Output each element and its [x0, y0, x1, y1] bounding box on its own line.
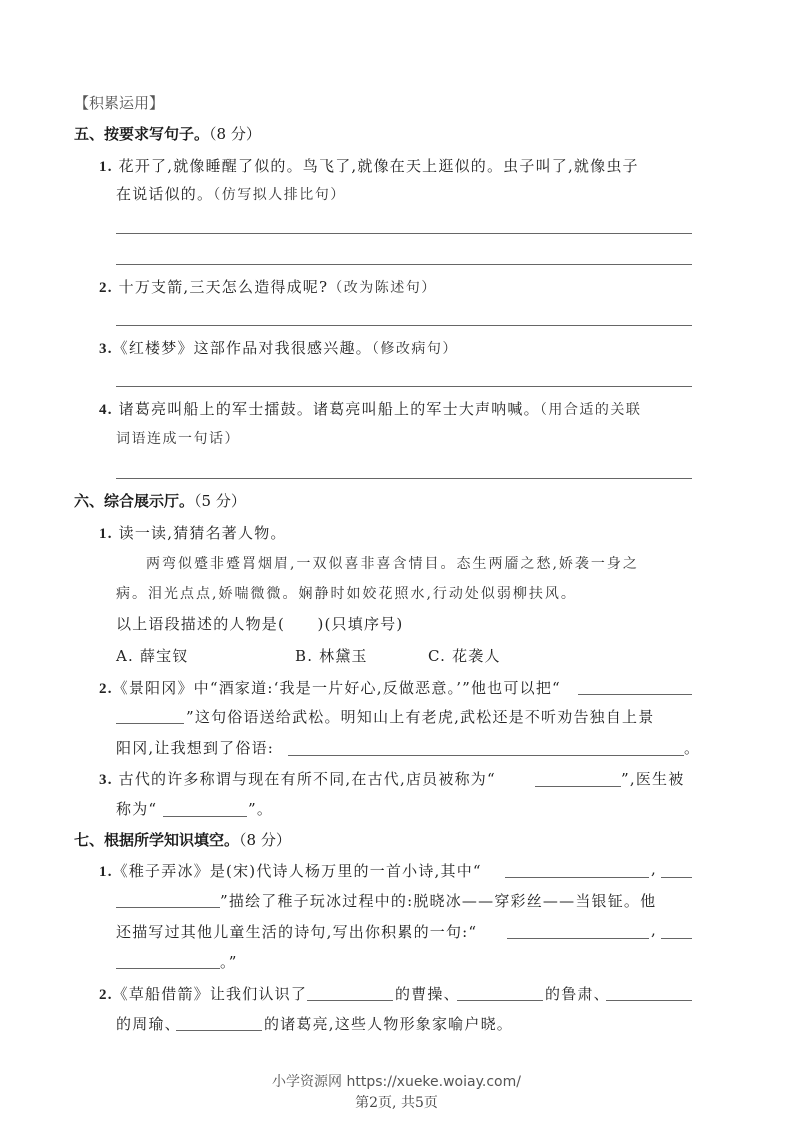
question-hint: （改为陈述句）: [328, 280, 437, 296]
option-b[interactable]: B. 林黛玉: [295, 645, 368, 666]
blank-field[interactable]: [661, 938, 692, 939]
q6-2-line3: 阳冈,让我想到了俗语:: [116, 737, 274, 758]
section-6-heading: 六、综合展示厅。（5 分）: [74, 490, 246, 511]
q7-1-line1: 1.《稚子弄冰》是(宋)代诗人杨万里的一首小诗,其中“: [99, 860, 482, 881]
answer-line[interactable]: [116, 478, 692, 479]
section-5-heading: 五、按要求写句子。（8 分）: [74, 123, 261, 144]
blank-field[interactable]: [288, 755, 684, 756]
q5-4-hint-line2: 词语连成一句话）: [116, 428, 240, 448]
option-c[interactable]: C. 花袭人: [428, 645, 501, 666]
answer-line[interactable]: [116, 264, 692, 265]
option-a[interactable]: A. 薛宝钗: [116, 645, 189, 666]
comma: ,: [651, 860, 657, 878]
period: 。: [684, 737, 700, 758]
question-text: 在说话似的。: [116, 185, 213, 203]
question-number: 1.: [99, 159, 113, 175]
question-text: 的曹操、: [395, 983, 460, 1004]
section-title: 五、按要求写句子。: [74, 125, 209, 143]
blank-field[interactable]: [116, 723, 184, 724]
q5-3: 3.《红楼梦》这部作品对我很感兴趣。（修改病句）: [99, 337, 458, 358]
section-title: 六、综合展示厅。: [74, 492, 194, 510]
answer-line[interactable]: [116, 233, 692, 234]
section-points: （8 分）: [239, 831, 291, 849]
answer-line[interactable]: [116, 386, 692, 387]
footer-site: 小学资源网 https://xueke.woiay.com/: [0, 1071, 793, 1091]
question-text: ”。: [248, 798, 273, 819]
question-text: 诸葛亮叫船上的军士擂鼓。诸葛亮叫船上的军士大声呐喊。: [119, 400, 540, 418]
q6-1-prompt: 以上语段描述的人物是( )(只填序号): [116, 613, 403, 634]
question-text: 《稚子弄冰》是(宋)代诗人杨万里的一首小诗,其中“: [113, 862, 482, 880]
question-text: ”,医生被: [621, 768, 684, 789]
q6-3-line1: 3. 古代的许多称谓与现在有所不同,在古代,店员被称为“: [99, 768, 496, 789]
blank-field[interactable]: [457, 1000, 543, 1001]
blank-field[interactable]: [116, 968, 220, 969]
question-text: 《草船借箭》让我们认识了: [113, 985, 307, 1003]
question-text: 古代的许多称谓与现在有所不同,在古代,店员被称为“: [119, 770, 496, 788]
passage-line1: 两弯似蹙非蹙罥烟眉,一双似喜非喜含情目。态生两靥之愁,娇袭一身之: [146, 553, 639, 573]
question-number: 4.: [99, 402, 113, 418]
comma: ,: [651, 921, 657, 939]
q6-2-line2: ”这句俗语送给武松。明知山上有老虎,武松还是不听劝告独自上景: [186, 706, 654, 727]
question-number: 2.: [99, 681, 113, 697]
q7-1-line2: ”描绘了稚子玩冰过程中的:脱晓冰——穿彩丝——当银钲。他: [220, 890, 656, 911]
blank-field[interactable]: [176, 1030, 262, 1031]
question-number: 2.: [99, 280, 113, 296]
blank-field[interactable]: [606, 1000, 692, 1001]
question-hint: （仿写拟人排比句）: [213, 187, 346, 203]
question-text: 的周瑜、: [116, 1013, 181, 1034]
q6-1: 1. 读一读,猜猜名著人物。: [99, 522, 287, 543]
question-text: 《红楼梦》这部作品对我很感兴趣。: [113, 339, 372, 357]
question-number: 3.: [99, 772, 113, 788]
question-text: 花开了,就像睡醒了似的。鸟飞了,就像在天上逛似的。虫子叫了,就像虫子: [119, 157, 639, 175]
q7-1-line3: 还描写过其他儿童生活的诗句,写出你积累的一句:“: [116, 921, 477, 942]
passage-line2: 病。泪光点点,娇喘微微。娴静时如姣花照水,行动处似弱柳扶风。: [116, 583, 577, 603]
q7-2-line1: 2.《草船借箭》让我们认识了: [99, 983, 307, 1004]
question-number: 1.: [99, 864, 113, 880]
blank-field[interactable]: [661, 877, 692, 878]
question-hint: （修改病句）: [372, 341, 458, 357]
section-title: 七、根据所学知识填空。: [74, 831, 239, 849]
blank-field[interactable]: [578, 694, 692, 695]
question-text: 。”: [220, 951, 238, 972]
section-points: （5 分）: [194, 492, 246, 510]
q5-1-line2: 在说话似的。（仿写拟人排比句）: [116, 183, 346, 204]
q6-2-line1: 2.《景阳冈》中“酒家道:‘我是一片好心,反做恶意。’”他也可以把“: [99, 677, 561, 698]
blank-field[interactable]: [307, 1000, 393, 1001]
question-text: 的诸葛亮,这些人物形象家喻户晓。: [264, 1013, 513, 1034]
blank-field[interactable]: [505, 877, 649, 878]
blank-field[interactable]: [116, 907, 220, 908]
question-hint: （用合适的关联: [540, 402, 642, 418]
question-text: 称为“: [116, 798, 157, 819]
footer-page-number: 第2页, 共5页: [0, 1092, 793, 1112]
question-number: 3.: [99, 341, 113, 357]
q5-4-line1: 4. 诸葛亮叫船上的军士擂鼓。诸葛亮叫船上的军士大声呐喊。（用合适的关联: [99, 398, 641, 419]
blank-field[interactable]: [507, 938, 649, 939]
section-7-heading: 七、根据所学知识填空。（8 分）: [74, 829, 291, 850]
q5-1-line1: 1. 花开了,就像睡醒了似的。鸟飞了,就像在天上逛似的。虫子叫了,就像虫子: [99, 155, 639, 176]
question-number: 2.: [99, 987, 113, 1003]
category-label: 【积累运用】: [74, 92, 164, 113]
question-number: 1.: [99, 526, 113, 542]
question-text: 十万支箭,三天怎么造得成呢?: [119, 278, 329, 296]
blank-field[interactable]: [535, 786, 621, 787]
answer-line[interactable]: [116, 325, 692, 326]
question-text: 的鲁肃、: [545, 983, 610, 1004]
blank-field[interactable]: [163, 816, 247, 817]
section-points: （8 分）: [209, 125, 261, 143]
question-text: 读一读,猜猜名著人物。: [119, 524, 287, 542]
q5-2: 2. 十万支箭,三天怎么造得成呢?（改为陈述句）: [99, 276, 437, 297]
question-text: 《景阳冈》中“酒家道:‘我是一片好心,反做恶意。’”他也可以把“: [113, 679, 561, 697]
